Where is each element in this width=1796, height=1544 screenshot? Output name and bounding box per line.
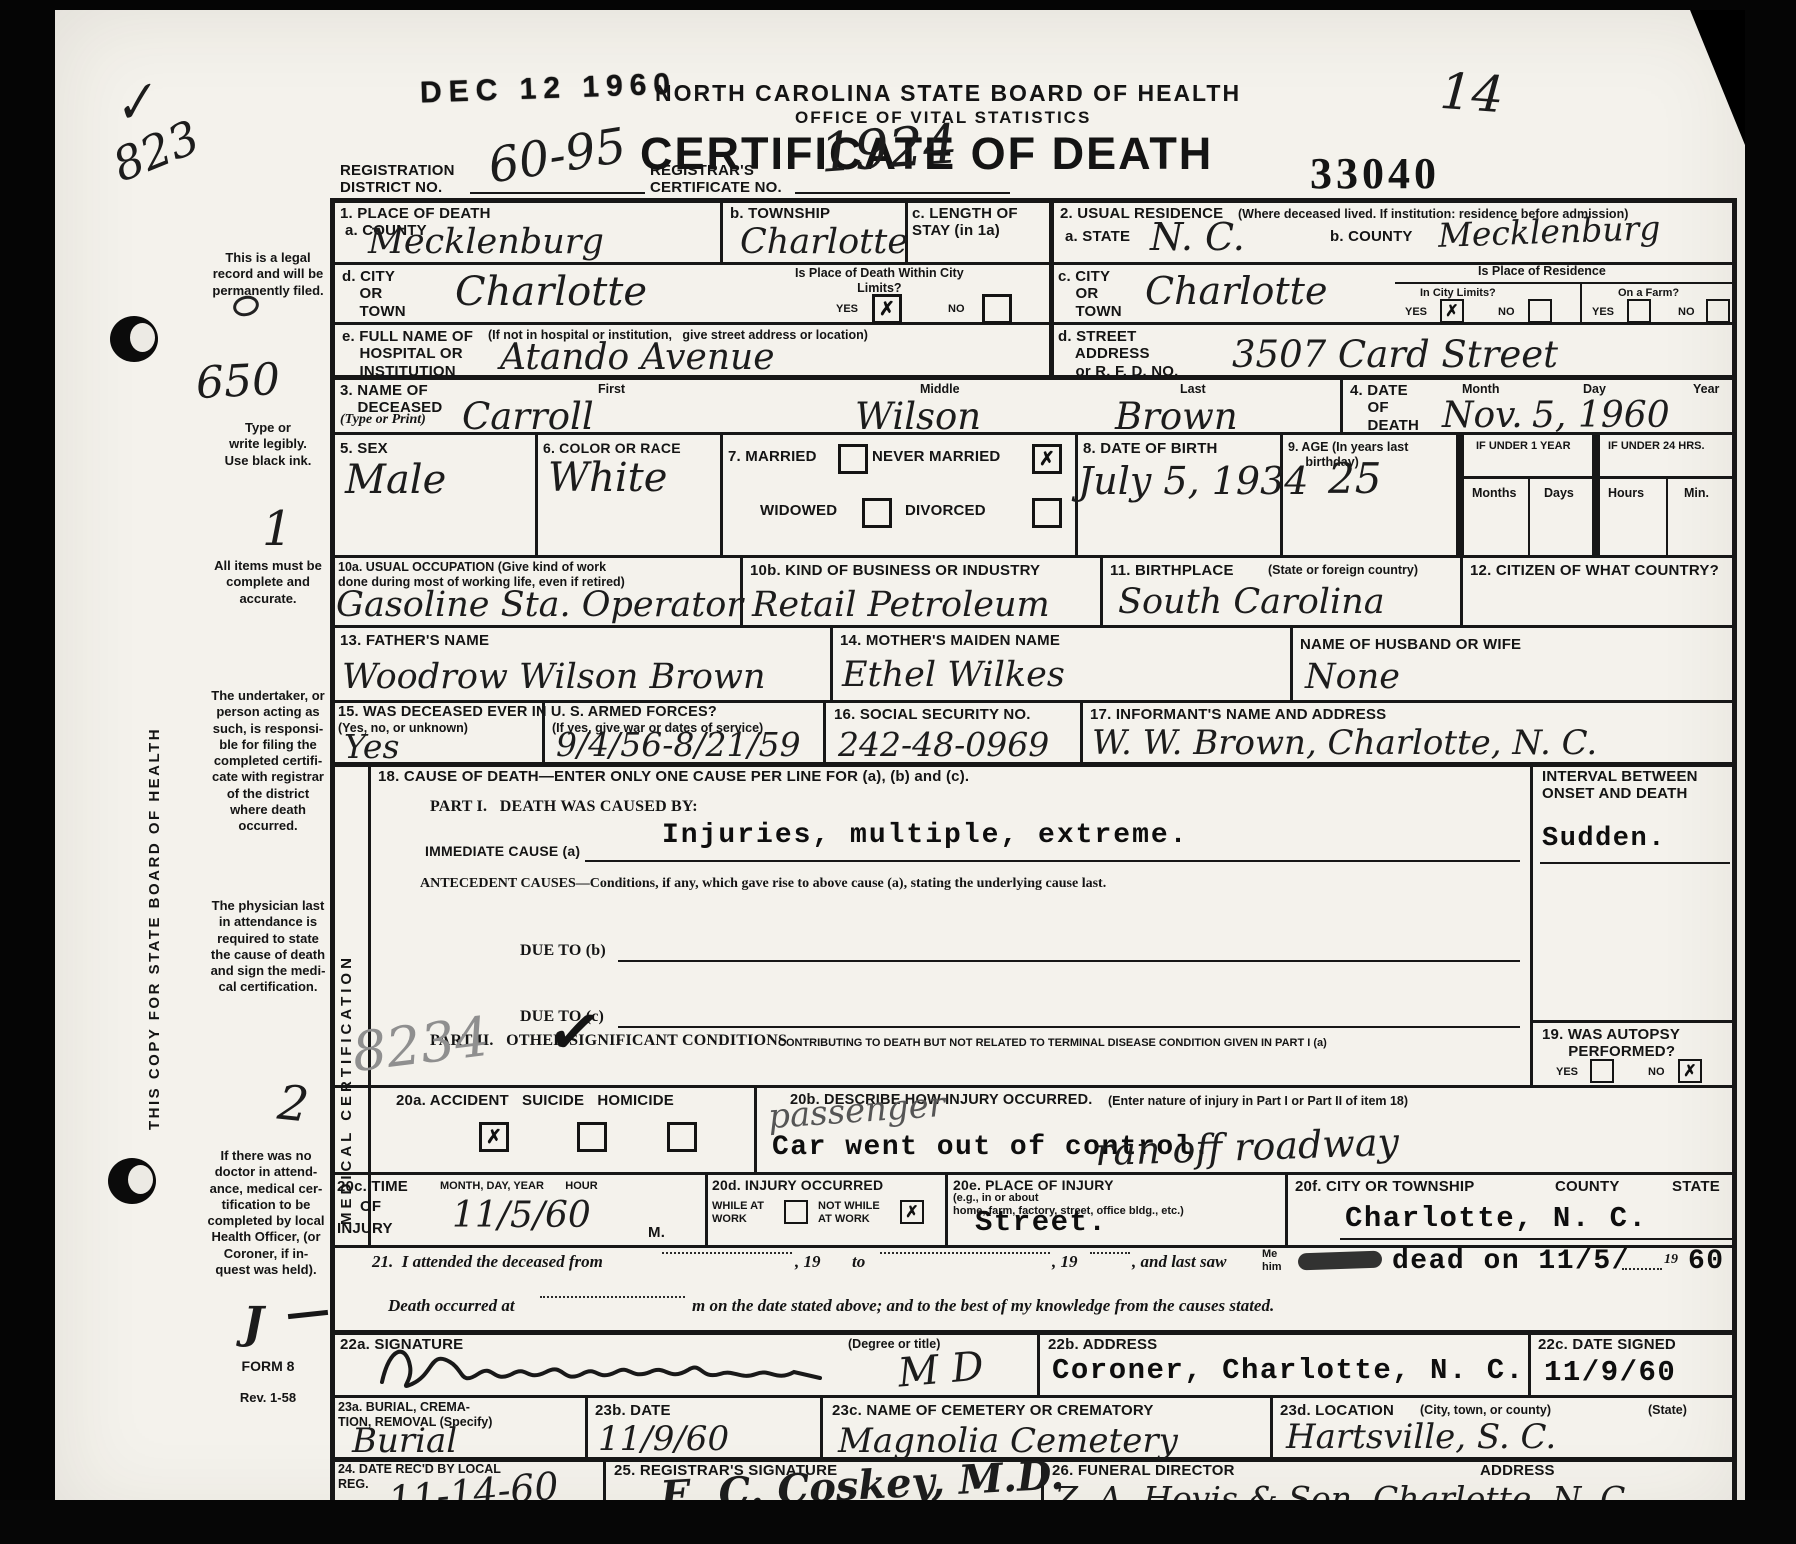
antecedent-causes-label: ANTECEDENT CAUSES—Conditions, if any, wh… <box>420 876 1106 893</box>
death-limits-yes-checkbox: ✗ <box>872 294 902 324</box>
burial-value: Burial <box>352 1424 457 1458</box>
death-limits-yes-label: YES <box>836 303 858 316</box>
medical-certification-vertical-label: MEDICAL CERTIFICATION <box>338 795 355 1225</box>
struck-out-word <box>1298 1251 1383 1271</box>
location-state-hint: (State) <box>1648 1403 1687 1418</box>
armed-forces-label: 15. WAS DECEASED EVER IN U. S. ARMED FOR… <box>338 704 717 721</box>
type-or-print-hint: (Type or Print) <box>340 412 426 429</box>
last-name-value: Brown <box>1115 398 1238 435</box>
location-hint: (City, town, or county) <box>1420 1403 1551 1418</box>
homicide-checkbox <box>667 1122 697 1152</box>
divorced-checkbox <box>1032 498 1062 528</box>
residence-city-yes-checkbox: ✗ <box>1440 299 1464 323</box>
undertaker-note: The undertaker, or person acting as such… <box>193 688 343 834</box>
funeral-director-address-label: ADDRESS <box>1480 1462 1555 1479</box>
handwritten-code-8234: 8234 <box>349 1010 492 1080</box>
last-saw-dead-on-value: dead on 11/5/ <box>1392 1248 1630 1276</box>
burial-date-label: 23b. DATE <box>595 1402 671 1419</box>
street-address-label: d. STREET ADDRESS or R. F. D. NO. <box>1058 328 1178 380</box>
large-check-mark: ✓ <box>543 992 607 1074</box>
form-revision: Rev. 1-58 <box>193 1390 343 1406</box>
while-at-work-checkbox <box>784 1200 808 1224</box>
hole-punch-bottom <box>108 1158 156 1204</box>
injury-state-label: STATE <box>1672 1178 1720 1195</box>
board-of-health-title: NORTH CAROLINA STATE BOARD OF HEALTH <box>655 80 1241 107</box>
on-a-farm-question: On a Farm? <box>1618 287 1679 300</box>
divorced-label: DIVORCED <box>905 502 986 519</box>
cause-of-death-label: 18. CAUSE OF DEATH—ENTER ONLY ONE CAUSE … <box>378 768 969 785</box>
describe-injury-hint: (Enter nature of injury in Part I or Par… <box>1108 1094 1408 1109</box>
widowed-checkbox <box>862 498 892 528</box>
fathers-name-label: 13. FATHER'S NAME <box>340 632 489 649</box>
certificate-serial-number: 33040 <box>1310 148 1440 199</box>
time-of-injury-label3: INJURY <box>337 1220 393 1237</box>
usual-occupation-value: Gasoline Sta. Operator <box>336 588 743 623</box>
residence-state-value: N. C. <box>1150 218 1245 256</box>
death-occurred-label: Death occurred at <box>388 1296 515 1316</box>
min-label: Min. <box>1684 486 1709 501</box>
injury-county-label: COUNTY <box>1555 1178 1620 1195</box>
part2-small-label: CONTRIBUTING TO DEATH BUT NOT RELATED TO… <box>778 1037 1327 1050</box>
township-value: Charlotte <box>740 225 908 260</box>
accident-suicide-homicide-label: 20a. ACCIDENT SUICIDE HOMICIDE <box>396 1092 674 1109</box>
place-of-death-title: 1. PLACE OF DEATH <box>340 205 491 222</box>
attended-to-label: to <box>852 1252 865 1272</box>
place-of-injury-value: Street. <box>975 1208 1107 1237</box>
residence-city-value: Charlotte <box>1145 272 1327 310</box>
attended-year-b: , 19 <box>1052 1252 1078 1272</box>
county-value: Mecklenburg <box>368 225 604 260</box>
widowed-label: WIDOWED <box>760 502 837 519</box>
death-day-value: 5, <box>1532 398 1566 434</box>
social-security-label: 16. SOCIAL SECURITY NO. <box>834 706 1031 723</box>
part1-label: PART I. DEATH WAS CAUSED BY: <box>430 798 698 816</box>
autopsy-yes-checkbox <box>1590 1059 1614 1083</box>
coroner-signature-script <box>372 1334 842 1396</box>
residence-state-label: a. STATE <box>1065 228 1130 245</box>
hole-punch-top <box>110 316 158 362</box>
not-while-at-work-checkbox: ✗ <box>900 1200 924 1224</box>
place-of-injury-label: 20e. PLACE OF INJURY <box>953 1177 1114 1193</box>
death-year-label: Year <box>1693 382 1719 397</box>
injury-occurred-label: 20d. INJURY OCCURRED <box>712 1177 883 1193</box>
hospital-label: e. FULL NAME OF HOSPITAL OR INSTITUTION <box>342 328 473 380</box>
if-under-24-hrs-label: IF UNDER 24 HRS. <box>1608 440 1705 453</box>
first-name-value: Carroll <box>462 398 594 435</box>
mothers-maiden-name-label: 14. MOTHER'S MAIDEN NAME <box>840 632 1060 649</box>
city-value: Charlotte <box>455 272 647 312</box>
farm-yes-label: YES <box>1592 306 1614 319</box>
dead-year-19-label: 19 <box>1664 1252 1678 1268</box>
scan-bottom-band <box>0 1500 1796 1544</box>
death-year-value: 1960 <box>1578 398 1670 434</box>
fathers-name-value: Woodrow Wilson Brown <box>342 660 766 695</box>
scan-corner-wedge <box>1690 10 1745 145</box>
form-number: FORM 8 <box>193 1358 343 1376</box>
copy-for-state-board-vertical-label: THIS COPY FOR STATE BOARD OF HEALTH <box>146 525 163 1130</box>
autopsy-yes-label: YES <box>1556 1066 1578 1079</box>
business-industry-label: 10b. KIND OF BUSINESS OR INDUSTRY <box>750 562 1040 579</box>
city-or-town-label: d. CITY OR TOWN <box>342 268 406 320</box>
color-or-race-label: 6. COLOR OR RACE <box>543 440 681 456</box>
type-legibly-note: Type or write legibly. Use black ink. <box>193 420 343 469</box>
autopsy-no-label: NO <box>1648 1066 1665 1079</box>
hours-label: Hours <box>1608 486 1644 501</box>
hospital-value: Atando Avenue <box>500 340 775 376</box>
social-security-value: 242-48-0969 <box>838 728 1049 761</box>
residence-city-label: c. CITY OR TOWN <box>1058 268 1122 320</box>
immediate-cause-value: Injuries, multiple, extreme. <box>662 822 1188 850</box>
service-dates-value: 9/4/56-8/21/59 <box>556 728 801 761</box>
signer-address-value: Coroner, Charlotte, N. C. <box>1052 1356 1525 1385</box>
while-at-work-label: WHILE AT WORK <box>712 1200 764 1225</box>
complete-accurate-note: All items must be complete and accurate. <box>193 558 343 607</box>
birthplace-label: 11. BIRTHPLACE <box>1110 562 1234 579</box>
margin-number-2: 2 <box>276 1079 311 1130</box>
no-doctor-note: If there was no doctor in attend- ance, … <box>191 1148 341 1278</box>
cemetery-value: Magnolia Cemetery <box>838 1424 1178 1458</box>
husband-or-wife-label: NAME OF HUSBAND OR WIFE <box>1300 636 1521 653</box>
margin-number-650: 650 <box>195 358 281 406</box>
attended-deceased-label: 21. I attended the deceased from <box>372 1252 603 1272</box>
registration-district-label: REGISTRATION DISTRICT NO. <box>340 162 455 197</box>
death-city-limits-question: Is Place of Death Within City Limits? <box>795 266 964 296</box>
signer-address-label: 22b. ADDRESS <box>1048 1336 1157 1353</box>
if-under-1-year-label: IF UNDER 1 YEAR <box>1476 440 1571 453</box>
death-month-value: Nov. <box>1442 398 1523 434</box>
death-limits-no-checkbox <box>982 294 1012 324</box>
margin-j-mark: J <box>243 1302 264 1346</box>
date-signed-label: 22c. DATE SIGNED <box>1538 1336 1676 1353</box>
legal-record-note: This is a legal record and will be perma… <box>193 250 343 299</box>
date-of-birth-label: 8. DATE OF BIRTH <box>1083 440 1218 457</box>
time-of-injury-label2: OF <box>360 1198 381 1215</box>
not-while-at-work-label: NOT WHILE AT WORK <box>818 1200 880 1225</box>
in-city-limits-question: In City Limits? <box>1420 287 1496 300</box>
time-of-injury-label1: 20c. TIME <box>337 1178 408 1195</box>
ran-off-roadway-handwritten-value: ran off roadway <box>1094 1123 1399 1172</box>
degree-value: M D <box>896 1346 985 1393</box>
township-label: b. TOWNSHIP <box>730 205 830 222</box>
married-label: 7. MARRIED <box>728 448 817 465</box>
informant-value: W. W. Brown, Charlotte, N. C. <box>1092 726 1597 760</box>
residence-city-yes-label: YES <box>1405 306 1427 319</box>
residence-county-value: Mecklenburg <box>1437 211 1660 252</box>
immediate-cause-label: IMMEDIATE CAUSE (a) <box>425 843 580 859</box>
date-signed-value: 11/9/60 <box>1544 1358 1676 1387</box>
autopsy-label: 19. WAS AUTOPSY PERFORMED? <box>1542 1026 1680 1061</box>
physician-note: The physician last in attendance is requ… <box>193 898 343 996</box>
autopsy-no-checkbox: ✗ <box>1678 1059 1702 1083</box>
date-of-birth-value: July 5, 1934 <box>1078 462 1308 500</box>
birthplace-value: South Carolina <box>1118 585 1385 620</box>
color-or-race-value: White <box>548 458 667 498</box>
suicide-checkbox <box>577 1122 607 1152</box>
registrar-certificate-label: REGISTRAR'S CERTIFICATE NO. <box>650 162 782 197</box>
interval-label: INTERVAL BETWEEN ONSET AND DEATH <box>1542 768 1698 803</box>
husband-or-wife-value: None <box>1305 660 1400 695</box>
date-of-death-label: 4. DATE OF DEATH <box>1350 382 1419 434</box>
injury-city-township-label: 20f. CITY OR TOWNSHIP <box>1295 1178 1475 1195</box>
due-to-b-label: DUE TO (b) <box>520 942 606 960</box>
last-saw-label: , and last saw <box>1132 1252 1226 1272</box>
days-label: Days <box>1544 486 1574 501</box>
informant-label: 17. INFORMANT'S NAME AND ADDRESS <box>1090 706 1386 723</box>
death-occurred-rest-label: m on the date stated above; and to the b… <box>692 1296 1274 1316</box>
mothers-maiden-name-value: Ethel Wilkes <box>842 658 1065 693</box>
farm-yes-checkbox <box>1627 299 1651 323</box>
registrar-certificate-value: 1924 <box>818 117 959 180</box>
length-of-stay-label: c. LENGTH OF STAY (in 1a) <box>912 205 1018 240</box>
dead-year-value: 60 <box>1688 1248 1725 1276</box>
residence-county-label: b. COUNTY <box>1330 228 1413 245</box>
citizen-label: 12. CITIZEN OF WHAT COUNTRY? <box>1470 562 1719 579</box>
birthplace-hint: (State or foreign country) <box>1268 563 1418 578</box>
time-of-injury-columns-label: MONTH, DAY, YEAR HOUR <box>440 1180 598 1193</box>
margin-number-1: 1 <box>262 505 293 553</box>
middle-name-value: Wilson <box>855 398 981 435</box>
me-him-label: Me him <box>1262 1248 1282 1273</box>
interval-value: Sudden. <box>1542 826 1666 853</box>
residence-city-no-label: NO <box>1498 306 1515 319</box>
months-label: Months <box>1472 486 1516 501</box>
street-address-value: 3507 Card Street <box>1232 336 1558 373</box>
time-of-injury-value: 11/5/60 <box>452 1198 591 1234</box>
sex-value: Male <box>345 460 446 500</box>
page-number-handwritten: 14 <box>1438 66 1505 120</box>
first-name-label: First <box>598 382 625 397</box>
residence-question: Is Place of Residence <box>1478 264 1606 279</box>
injury-city-value: Charlotte, N. C. <box>1345 1204 1647 1233</box>
armed-forces-value: Yes <box>344 730 399 763</box>
age-value: 25 <box>1328 458 1381 500</box>
funeral-director-label: 26. FUNERAL DIRECTOR <box>1052 1462 1235 1479</box>
residence-city-no-checkbox <box>1528 299 1552 323</box>
location-value: Hartsville, S. C. <box>1286 1420 1556 1454</box>
married-checkbox <box>838 444 868 474</box>
farm-no-label: NO <box>1678 306 1695 319</box>
never-married-label: NEVER MARRIED <box>872 448 1000 465</box>
death-limits-no-label: NO <box>948 303 965 316</box>
sex-label: 5. SEX <box>340 440 388 457</box>
hour-m-suffix: M. <box>648 1224 665 1241</box>
business-industry-value: Retail Petroleum <box>752 588 1050 623</box>
cemetery-label: 23c. NAME OF CEMETERY OR CREMATORY <box>832 1402 1154 1419</box>
attended-year-a: , 19 <box>795 1252 821 1272</box>
burial-date-value: 11/9/60 <box>598 1422 729 1456</box>
farm-no-checkbox <box>1706 299 1730 323</box>
accident-checkbox: ✗ <box>479 1122 509 1152</box>
never-married-checkbox: ✗ <box>1032 444 1062 474</box>
